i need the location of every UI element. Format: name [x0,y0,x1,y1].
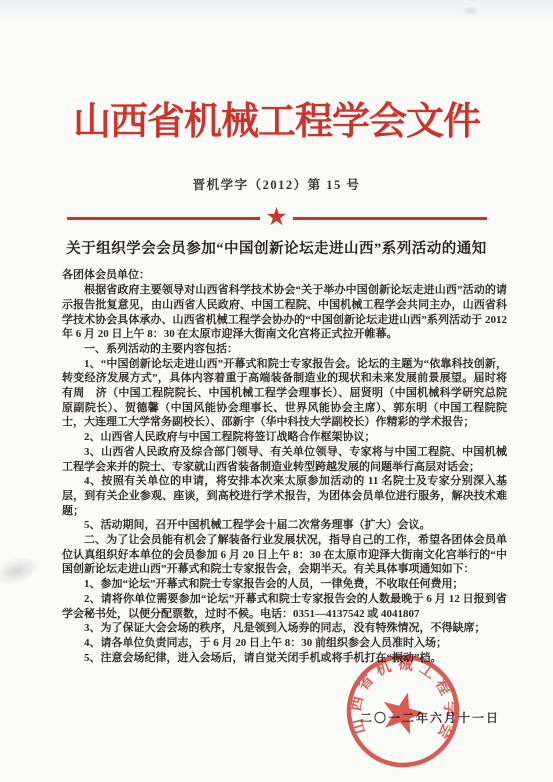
paragraph: 根据省政府主要领导对山西省科学技术协会“关于举办中国创新论坛走进山西”活动的请示… [62,283,507,342]
seal-star-icon [377,687,428,736]
paragraph: 5、活动期间，召开中国机械工程学会十届二次常务理事（扩大）会议。 [62,518,507,533]
paragraph: 4、按照有关单位的申请，将安排本次来太原参加活动的 11 名院士及专家分别深入基… [62,474,507,518]
paragraph: 3、为了保证大会会场的秩序，凡是领到入场券的同志，没有特殊情况，不得缺席； [62,621,507,636]
paragraph: 3、山西省人民政府及综合部门领导、有关单位领导、专家将与中国工程院、中国机械工程… [62,445,507,474]
paragraph: 二、为了让会员能有机会了解装备行业发展状况，指导自己的工作，希望各团体会员单位认… [62,533,507,577]
seal-group: 山西省机械工程学会 [338,646,468,776]
paragraph: 1、“中国创新论坛走进山西”开幕式和院士专家报告会。论坛的主题为“依靠科技创新，… [62,357,507,431]
red-divider: ★ [67,217,487,220]
paragraph: 2、山西省人民政府与中国工程院将签订战略合作框架协议； [62,430,507,445]
scan-smudge [462,6,480,16]
divider-line-left [67,217,261,220]
document-header-title: 山西省机械工程学会文件 [0,0,553,147]
notice-title: 关于组织学会会员参加“中国创新论坛走进山西”系列活动的通知 [0,237,553,258]
scan-smudge [0,552,43,591]
notice-body: 各团体会员单位： 根据省政府主要领导对山西省科学技术协会“关于举办中国创新论坛走… [62,268,507,665]
divider-line-right [293,217,487,220]
paragraph: 2、请将你单位需要参加“论坛”开幕式和院士专家报告会的人数最晚于 6 月 12 … [62,592,507,621]
paragraph: 一、系列活动的主要内容包括： [62,342,507,357]
document-number: 晋机学字（2012）第 15 号 [0,175,553,193]
paragraph: 1、参加“论坛”开幕式和院士专家报告会的人员，一律免费，不收取任何费用； [62,577,507,592]
salutation: 各团体会员单位： [62,268,507,283]
official-seal: 山西省机械工程学会 [338,646,468,776]
document-page: 山西省机械工程学会文件 晋机学字（2012）第 15 号 ★ 关于组织学会会员参… [0,0,553,782]
